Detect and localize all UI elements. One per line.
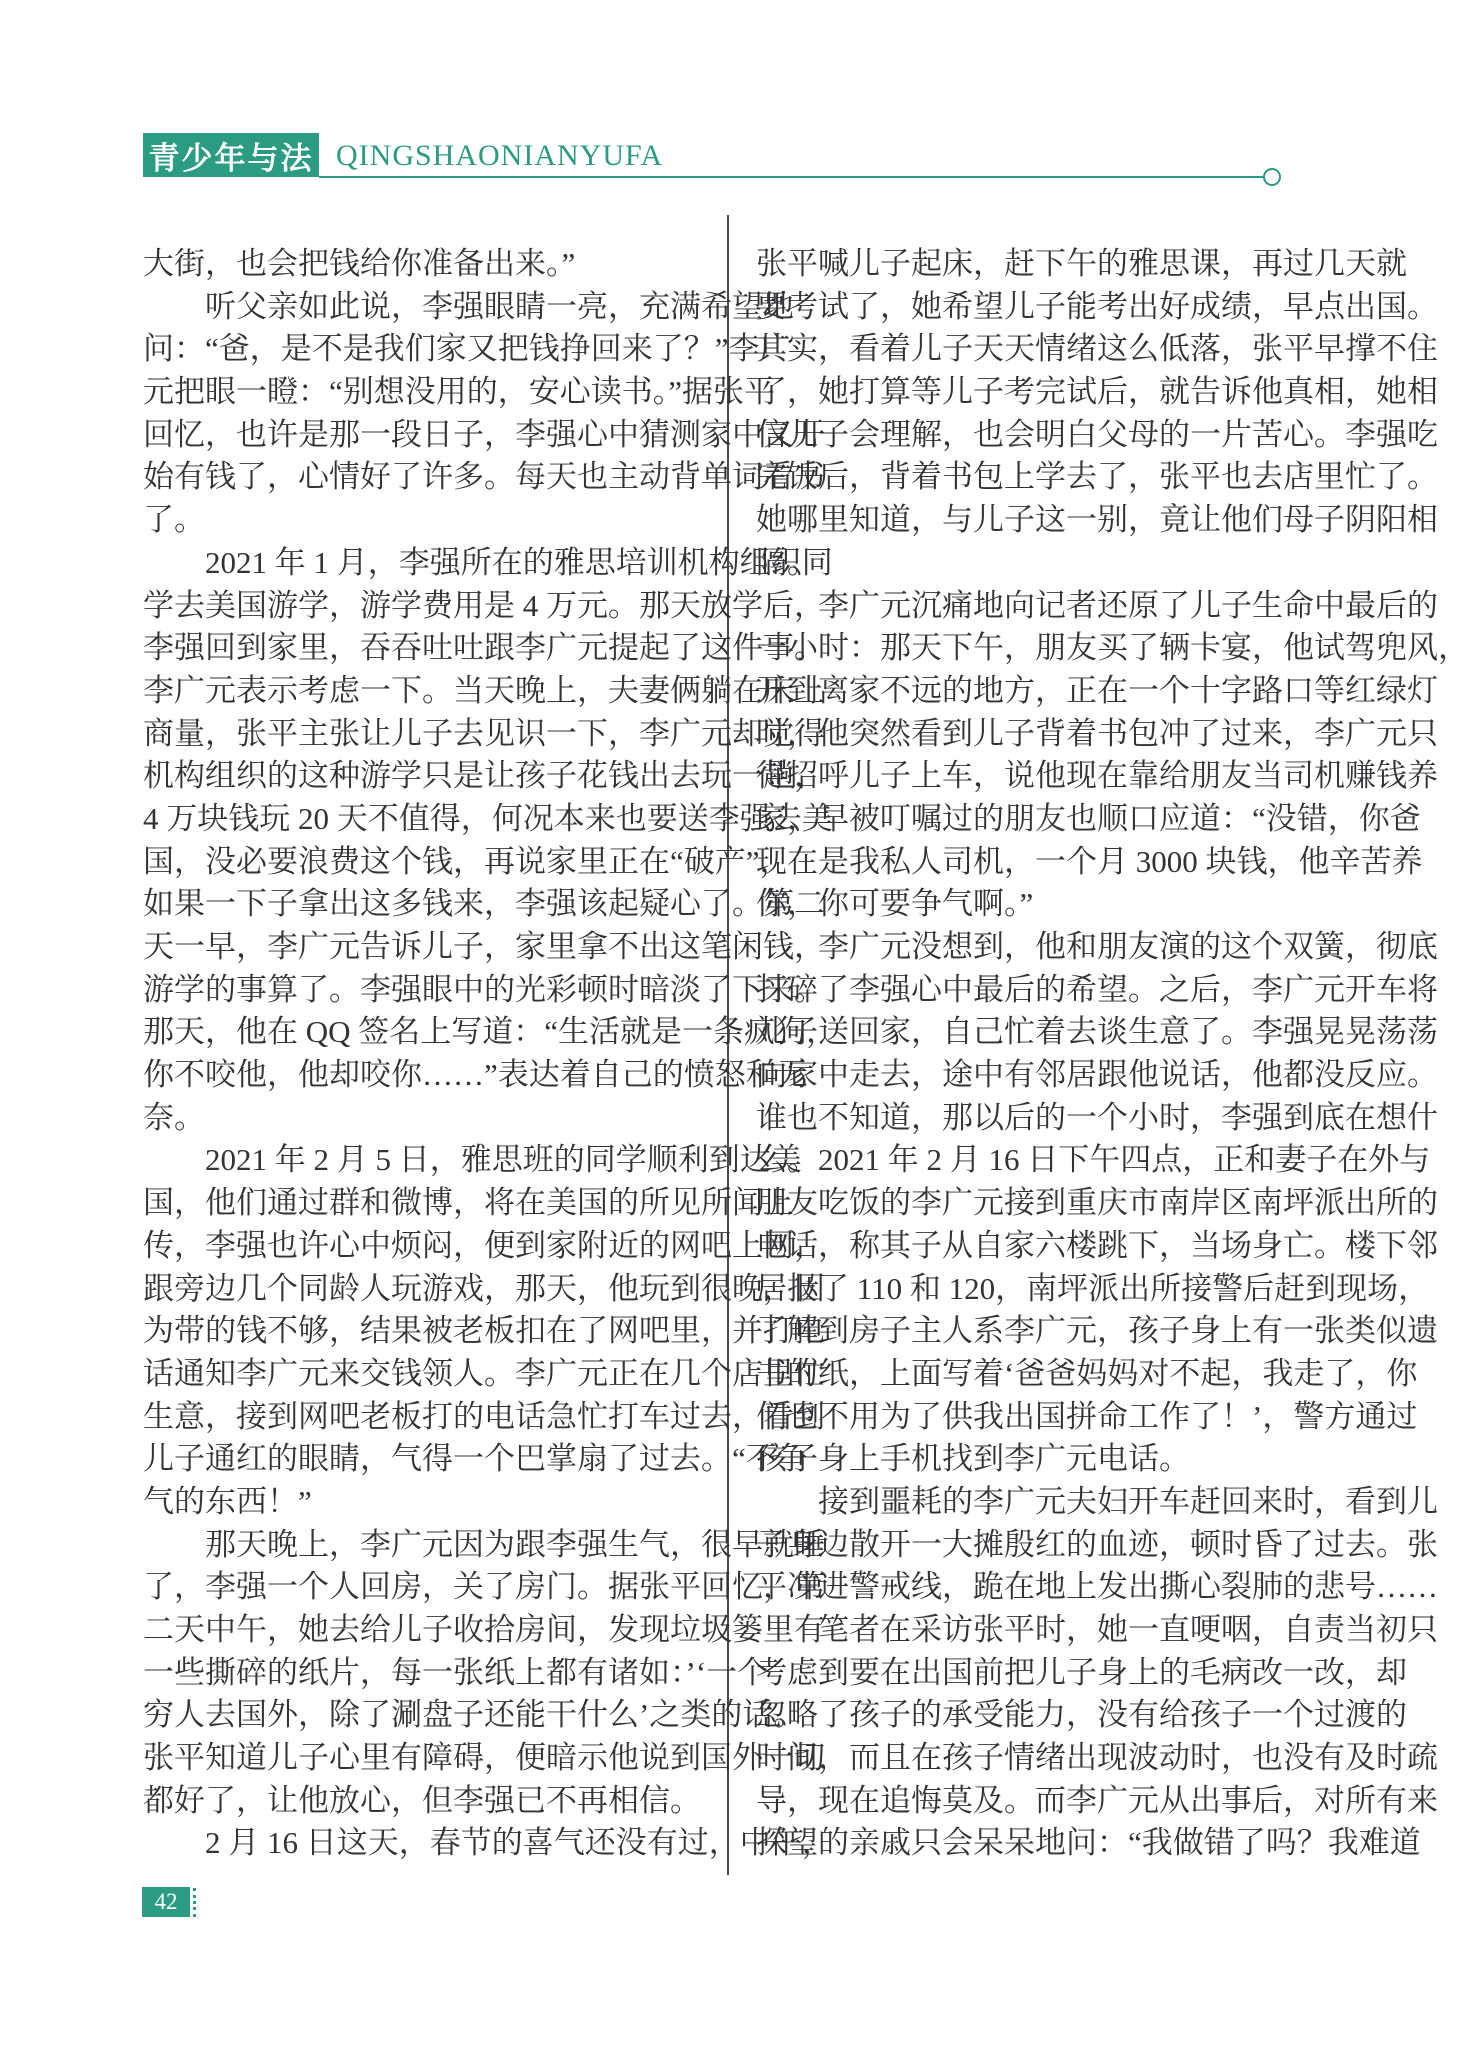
text-line: 话通知李广元来交钱领人。李广元正在几个店里忙 [143, 1353, 721, 1396]
text-line: 探望的亲戚只会呆呆地问：“我做错了吗？我难道 [756, 1822, 1336, 1865]
text-line: 回忆，也许是那一段日子，李强心中猜测家中又开 [143, 414, 721, 457]
text-line: 那天晚上，李广元因为跟李强生气，很早就睡 [143, 1524, 721, 1567]
text-line: 隔。 [756, 542, 1336, 585]
section-title: 青少年与法 [149, 133, 314, 178]
text-line: 跟旁边几个同龄人玩游戏，那天，他玩到很晚，因 [143, 1268, 721, 1311]
article-column-right: 张平喊儿子起床，赶下午的雅思课，再过几天就要考试了，她希望儿子能考出好成绩，早点… [756, 243, 1336, 1865]
text-line: 忽略了孩子的承受能力，没有给孩子一个过渡的 [756, 1694, 1336, 1737]
text-line: 学去美国游学，游学费用是 4 万元。那天放学后， [143, 585, 721, 628]
text-line: 传，李强也许心中烦闷，便到家附近的网吧上网， [143, 1225, 721, 1268]
text-line: 们也不用为了供我出国拼命工作了！’，警方通过 [756, 1396, 1336, 1439]
text-line: 家，早被叮嘱过的朋友也顺口应道：“没错，你爸 [756, 798, 1336, 841]
text-line: 信儿子会理解，也会明白父母的一片苦心。李强吃 [756, 414, 1336, 457]
text-line: 2021 年 1 月，李强所在的雅思培训机构组织同 [143, 542, 721, 585]
text-line: 那天，他在 QQ 签名上写道：“生活就是一条疯狗， [143, 1011, 721, 1054]
text-line: 二天中午，她去给儿子收拾房间，发现垃圾篓里有 [143, 1609, 721, 1652]
text-line: 始有钱了，心情好了许多。每天也主动背单词看书 [143, 456, 721, 499]
text-line: 时，他突然看到儿子背着书包冲了过来，李广元只 [756, 713, 1336, 756]
text-line: 一小时：那天下午，朋友买了辆卡宴，他试驾兜风， [756, 627, 1336, 670]
text-line: 儿子送回家，自己忙着去谈生意了。李强晃晃荡荡 [756, 1011, 1336, 1054]
header-rule-end-circle [1263, 168, 1281, 186]
text-line: 李广元表示考虑一下。当天晚上，夫妻俩躺在床上 [143, 670, 721, 713]
text-line: 李广元沉痛地向记者还原了儿子生命中最后的 [756, 585, 1336, 628]
text-line: 穷人去国外，除了涮盘子还能干什么’之类的话。 [143, 1694, 721, 1737]
text-line: 儿子通红的眼睛，气得一个巴掌扇了过去。“不争 [143, 1438, 721, 1481]
text-line: 游学的事算了。李强眼中的光彩顿时暗淡了下来。 [143, 969, 721, 1012]
text-line: 居报了 110 和 120，南坪派出所接警后赶到现场， [756, 1268, 1336, 1311]
text-line: 朋友吃饭的李广元接到重庆市南岸区南坪派出所的 [756, 1182, 1336, 1225]
text-line: 了。 [143, 499, 721, 542]
section-title-badge: 青少年与法 [143, 133, 319, 177]
text-line: 孩子身上手机找到李广元电话。 [756, 1438, 1336, 1481]
text-line: 听父亲如此说，李强眼睛一亮，充满希望地 [143, 286, 721, 329]
text-line: 了，李强一个人回房，关了房门。据张平回忆，第 [143, 1566, 721, 1609]
article-column-left: 大街，也会把钱给你准备出来。” 听父亲如此说，李强眼睛一亮，充满希望地问：“爸，… [143, 243, 721, 1865]
text-line: 张平喊儿子起床，赶下午的雅思课，再过几天就 [756, 243, 1336, 286]
text-line: 天一早，李广元告诉儿子，家里拿不出这笔闲钱， [143, 926, 721, 969]
text-line: 奈。 [143, 1097, 721, 1140]
text-line: 一些撕碎的纸片，每一张纸上都有诸如：’‘一个 [143, 1652, 721, 1695]
text-line: 元把眼一瞪：“别想没用的，安心读书。”据张平 [143, 371, 721, 414]
text-line: 2021 年 2 月 5 日，雅思班的同学顺利到达美 [143, 1139, 721, 1182]
text-line: 张平知道儿子心里有障碍，便暗示他说到国外一切 [143, 1737, 721, 1780]
text-line: 么。2021 年 2 月 16 日下午四点，正和妻子在外与 [756, 1139, 1336, 1182]
text-line: 生意，接到网吧老板打的电话急忙打车过去，看到 [143, 1396, 721, 1439]
text-line: 了解到房子主人系李广元，孩子身上有一张类似遗 [756, 1310, 1336, 1353]
text-line: 4 万块钱玩 20 天不值得，何况本来也要送李强去美 [143, 798, 721, 841]
text-line: 2 月 16 日这天，春节的喜气还没有过，中午， [143, 1822, 721, 1865]
magazine-page: 青少年与法 QINGSHAONIANYUFA 大街，也会把钱给你准备出来。” 听… [0, 0, 1457, 2047]
text-line: 平冲进警戒线，跪在地上发出撕心裂肺的悲号…… [756, 1566, 1336, 1609]
text-line: 都好了，让他放心，但李强已不再相信。 [143, 1780, 721, 1823]
text-line: 谁也不知道，那以后的一个小时，李强到底在想什 [756, 1097, 1336, 1140]
text-line: 国，没必要浪费这个钱，再说家里正在“破产”， [143, 841, 721, 884]
page-number: 42 [155, 1889, 178, 1915]
text-line: 如果一下子拿出这多钱来，李强该起疑心了。第二 [143, 883, 721, 926]
text-line: 书的纸，上面写着‘爸爸妈妈对不起，我走了，你 [756, 1353, 1336, 1396]
text-line: 子身边散开一大摊殷红的血迹，顿时昏了过去。张 [756, 1524, 1336, 1567]
text-line: 你，你可要争气啊。” [756, 883, 1336, 926]
text-line: 大街，也会把钱给你准备出来。” [143, 243, 721, 286]
section-title-pinyin: QINGSHAONIANYUFA [336, 133, 663, 179]
text-line: 笔者在采访张平时，她一直哽咽，自责当初只 [756, 1609, 1336, 1652]
text-line: 电话，称其子从自家六楼跳下，当场身亡。楼下邻 [756, 1225, 1336, 1268]
text-line: 现在是我私人司机，一个月 3000 块钱，他辛苦养 [756, 841, 1336, 884]
text-line: 问：“爸，是不是我们家又把钱挣回来了？”李广 [143, 328, 721, 371]
text-line: 商量，张平主张让儿子去见识一下，李广元却觉得 [143, 713, 721, 756]
text-line: 你不咬他，他却咬你……”表达着自己的愤怒和无 [143, 1054, 721, 1097]
page-number-badge: 42 [142, 1887, 190, 1917]
text-line: 为带的钱不够，结果被老板扣在了网吧里，并打电 [143, 1310, 721, 1353]
text-line: 她哪里知道，与儿子这一别，竟让他们母子阴阳相 [756, 499, 1336, 542]
text-line: 考虑到要在出国前把儿子身上的毛病改一改，却 [756, 1652, 1336, 1695]
text-line: 时间，而且在孩子情绪出现波动时，也没有及时疏 [756, 1737, 1336, 1780]
text-line: 打碎了李强心中最后的希望。之后，李广元开车将 [756, 969, 1336, 1012]
text-line: 开到离家不远的地方，正在一个十字路口等红绿灯 [756, 670, 1336, 713]
header-rule [319, 176, 1263, 178]
text-line: 机构组织的这种游学只是让孩子花钱出去玩一趟， [143, 755, 721, 798]
text-line: 要考试了，她希望儿子能考出好成绩，早点出国。 [756, 286, 1336, 329]
text-line: 接到噩耗的李广元夫妇开车赶回来时，看到儿 [756, 1481, 1336, 1524]
text-line: 了，她打算等儿子考完试后，就告诉他真相，她相 [756, 371, 1336, 414]
text-line: 气的东西！” [143, 1481, 721, 1524]
text-line: 其实，看着儿子天天情绪这么低落，张平早撑不住 [756, 328, 1336, 371]
text-line: 国，他们通过群和微博，将在美国的所见所闻上 [143, 1182, 721, 1225]
text-line: 李广元没想到，他和朋友演的这个双簧，彻底 [756, 926, 1336, 969]
text-line: 导，现在追悔莫及。而李广元从出事后，对所有来 [756, 1780, 1336, 1823]
text-line: 李强回到家里，吞吞吐吐跟李广元提起了这件事。 [143, 627, 721, 670]
page-number-dots-decoration [193, 1888, 196, 1917]
text-line: 完饭后，背着书包上学去了，张平也去店里忙了。 [756, 456, 1336, 499]
text-line: 得招呼儿子上车，说他现在靠给朋友当司机赚钱养 [756, 755, 1336, 798]
text-line: 向家中走去，途中有邻居跟他说话，他都没反应。 [756, 1054, 1336, 1097]
